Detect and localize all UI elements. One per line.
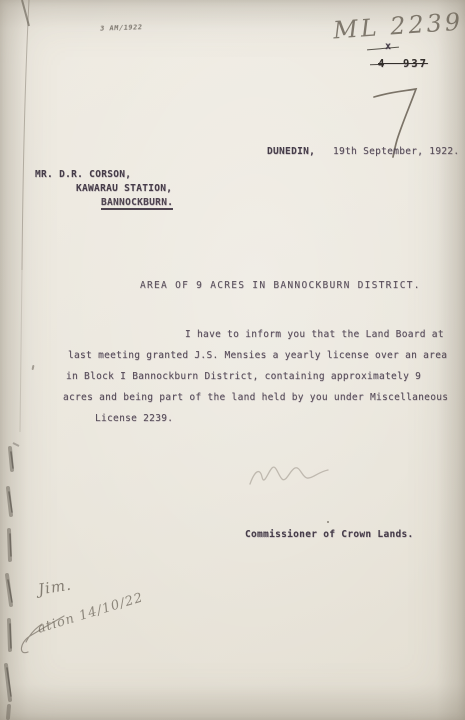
scanned-letter-page: 3 AM/1922 ML 2239 x 4 937 7 DUNEDIN, 19t… — [0, 0, 465, 720]
recipient-address-line: KAWARAU STATION, — [76, 183, 172, 194]
ink-speck — [327, 521, 329, 523]
subject-line: AREA OF 9 ACRES IN BANNOCKBURN DISTRICT. — [140, 280, 421, 291]
body-line: I have to inform you that the Land Board… — [185, 329, 444, 340]
letter-date: 19th September, 1922. — [333, 146, 459, 157]
body-line: last meeting granted J.S. Mensies a year… — [68, 350, 447, 361]
recipient-name: MR. D.R. CORSON, — [35, 169, 131, 180]
pencil-flourish — [14, 598, 74, 658]
place-name: DUNEDIN, — [267, 146, 315, 157]
body-line: in Block I Bannockburn District, contain… — [66, 371, 421, 382]
struck-number: 4 937 — [378, 58, 428, 70]
received-stamp: 3 AM/1922 — [100, 23, 143, 33]
body-line: License 2239. — [95, 413, 173, 424]
recipient-locality: BANNOCKBURN. — [101, 197, 173, 210]
signature-mark — [240, 452, 340, 502]
signoff-line: Commissioner of Crown Lands. — [245, 529, 414, 540]
body-line: acres and being part of the land held by… — [63, 392, 448, 403]
struck-x: x — [385, 41, 391, 52]
